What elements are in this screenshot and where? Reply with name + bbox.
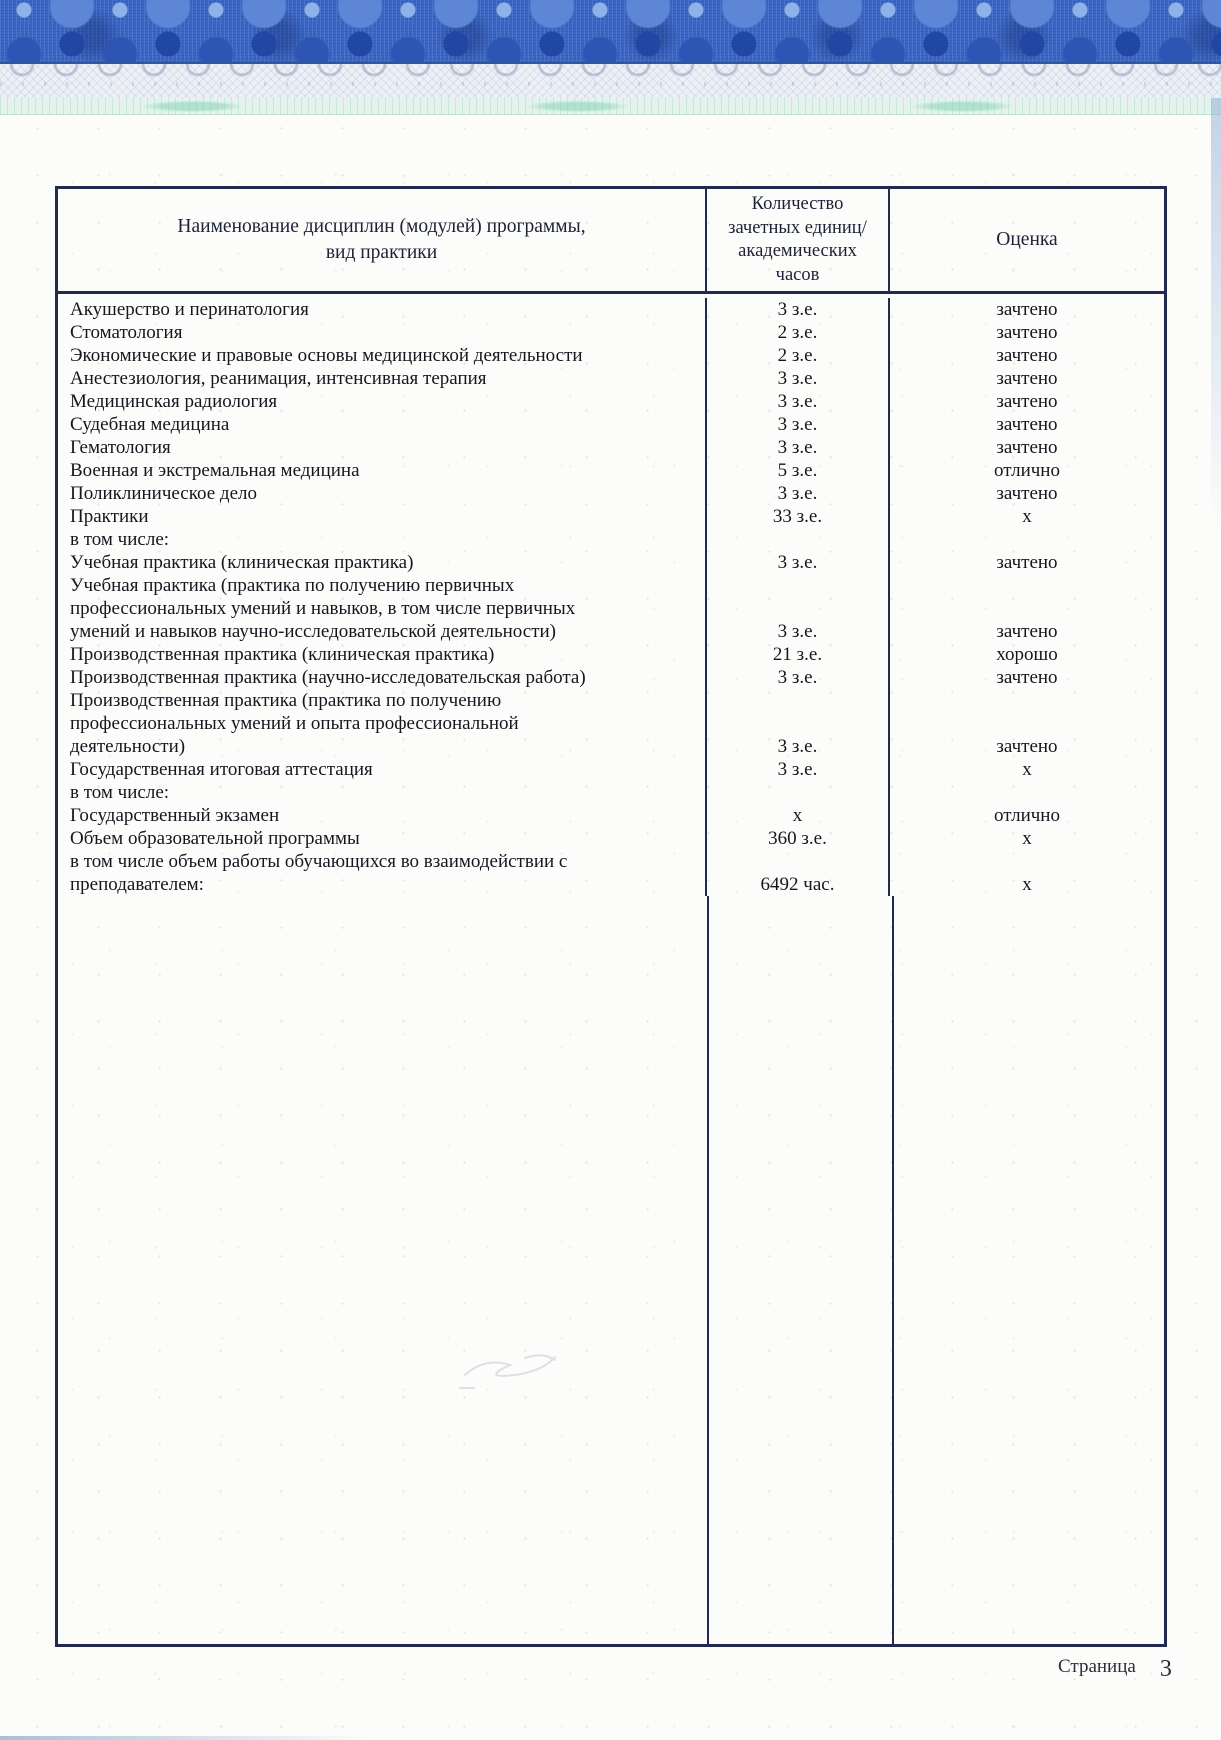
table-row: в том числе объем работы обучающихся во …	[58, 850, 1164, 896]
discipline-name-cell: Производственная практика (практика по п…	[58, 689, 707, 758]
table-row: Судебная медицина 3 з.е. зачтено	[58, 413, 1164, 436]
discipline-name-cell: в том числе объем работы обучающихся во …	[58, 850, 707, 896]
table-row: Стоматология 2 з.е. зачтено	[58, 321, 1164, 344]
table-row: Государственный экзамен х отлично	[58, 804, 1164, 827]
discipline-name-cell: Гематология	[58, 436, 707, 459]
document-page: Наименование дисциплин (модулей) програм…	[0, 0, 1221, 1740]
table-row: Практики 33 з.е. х	[58, 505, 1164, 528]
credits-cell: 3 з.е.	[707, 298, 890, 321]
header-discipline-column: Наименование дисциплин (модулей) програм…	[58, 189, 707, 291]
grade-cell: отлично	[890, 459, 1164, 482]
table-row: в том числе:	[58, 781, 1164, 804]
table-row: Гематология 3 з.е. зачтено	[58, 436, 1164, 459]
credits-cell: 3 з.е.	[707, 758, 890, 781]
credits-cell: 3 з.е.	[707, 413, 890, 436]
discipline-name-cell: Производственная практика (научно-исслед…	[58, 666, 707, 689]
credits-cell: 5 з.е.	[707, 459, 890, 482]
credits-cell: 6492 час.	[707, 850, 890, 896]
table-row: Производственная практика (научно-исслед…	[58, 666, 1164, 689]
table-row: Анестезиология, реанимация, интенсивная …	[58, 367, 1164, 390]
credits-cell: 2 з.е.	[707, 321, 890, 344]
table-row: Производственная практика (практика по п…	[58, 689, 1164, 758]
discipline-name-cell: Экономические и правовые основы медицинс…	[58, 344, 707, 367]
pencil-smudge	[455, 1330, 595, 1400]
grade-cell: зачтено	[890, 390, 1164, 413]
empty-credits-column	[709, 896, 894, 1644]
credits-cell	[707, 528, 890, 551]
discipline-name-cell: Государственная итоговая аттестация	[58, 758, 707, 781]
grade-cell: зачтено	[890, 689, 1164, 758]
grade-cell: зачтено	[890, 413, 1164, 436]
table-row: Экономические и правовые основы медицинс…	[58, 344, 1164, 367]
grade-cell: зачтено	[890, 298, 1164, 321]
credits-cell: 3 з.е.	[707, 436, 890, 459]
credits-cell: 21 з.е.	[707, 643, 890, 666]
credits-cell: 3 з.е.	[707, 689, 890, 758]
empty-discipline-column	[58, 896, 709, 1644]
table-empty-space	[58, 896, 1164, 1644]
guilloche-mint-band	[0, 97, 1221, 115]
discipline-name-cell: Производственная практика (клиническая п…	[58, 643, 707, 666]
credits-cell: 360 з.е.	[707, 827, 890, 850]
footer-page-label: Страница	[1058, 1656, 1136, 1677]
credits-cell: 3 з.е.	[707, 390, 890, 413]
grade-cell: отлично	[890, 804, 1164, 827]
scan-edge-tint-bottom	[0, 1736, 370, 1740]
header-credits-column: Количество зачетных единиц/ академически…	[707, 189, 890, 291]
credits-cell: 33 з.е.	[707, 505, 890, 528]
discipline-name-cell: Поликлиническое дело	[58, 482, 707, 505]
grade-cell	[890, 781, 1164, 804]
scan-edge-tint-right	[1211, 98, 1221, 528]
grade-cell: зачтено	[890, 551, 1164, 574]
discipline-name-cell: Анестезиология, реанимация, интенсивная …	[58, 367, 707, 390]
discipline-name-cell: Учебная практика (практика по получению …	[58, 574, 707, 643]
discipline-name-cell: Учебная практика (клиническая практика)	[58, 551, 707, 574]
grade-cell: х	[890, 850, 1164, 896]
table-row: Учебная практика (практика по получению …	[58, 574, 1164, 643]
credits-cell: 3 з.е.	[707, 574, 890, 643]
guilloche-lace-band	[0, 64, 1221, 97]
credits-cell: 3 з.е.	[707, 666, 890, 689]
grade-cell: х	[890, 505, 1164, 528]
guilloche-blue-band	[0, 0, 1221, 64]
table-row: Военная и экстремальная медицина 5 з.е. …	[58, 459, 1164, 482]
grade-cell: зачтено	[890, 321, 1164, 344]
credits-cell: 2 з.е.	[707, 344, 890, 367]
grade-cell: х	[890, 827, 1164, 850]
table-row: Объем образовательной программы 360 з.е.…	[58, 827, 1164, 850]
grade-cell: хорошо	[890, 643, 1164, 666]
credits-cell: 3 з.е.	[707, 482, 890, 505]
grades-table: Наименование дисциплин (модулей) програм…	[55, 186, 1167, 1647]
discipline-name-cell: Судебная медицина	[58, 413, 707, 436]
grade-cell: зачтено	[890, 482, 1164, 505]
grade-cell: зачтено	[890, 666, 1164, 689]
discipline-name-cell: в том числе:	[58, 781, 707, 804]
grade-cell	[890, 528, 1164, 551]
discipline-name-cell: в том числе:	[58, 528, 707, 551]
page-footer: Страница3	[1058, 1652, 1172, 1679]
grade-cell: зачтено	[890, 436, 1164, 459]
discipline-name-cell: Практики	[58, 505, 707, 528]
table-row: Государственная итоговая аттестация 3 з.…	[58, 758, 1164, 781]
grade-cell: зачтено	[890, 574, 1164, 643]
credits-cell: 3 з.е.	[707, 551, 890, 574]
grade-cell: зачтено	[890, 344, 1164, 367]
table-row: Поликлиническое дело 3 з.е. зачтено	[58, 482, 1164, 505]
table-row: Медицинская радиология 3 з.е. зачтено	[58, 390, 1164, 413]
table-header-row: Наименование дисциплин (модулей) програм…	[58, 189, 1164, 294]
discipline-name-cell: Акушерство и перинатология	[58, 298, 707, 321]
table-body: Акушерство и перинатология 3 з.е. зачтен…	[58, 294, 1164, 896]
discipline-name-cell: Военная и экстремальная медицина	[58, 459, 707, 482]
credits-cell	[707, 781, 890, 804]
grade-cell: х	[890, 758, 1164, 781]
discipline-name-cell: Стоматология	[58, 321, 707, 344]
credits-cell: х	[707, 804, 890, 827]
discipline-name-cell: Объем образовательной программы	[58, 827, 707, 850]
header-grade-column: Оценка	[890, 189, 1164, 291]
table-row: Учебная практика (клиническая практика) …	[58, 551, 1164, 574]
discipline-name-cell: Медицинская радиология	[58, 390, 707, 413]
discipline-name-cell: Государственный экзамен	[58, 804, 707, 827]
table-row: в том числе:	[58, 528, 1164, 551]
footer-page-number: 3	[1160, 1656, 1172, 1682]
credits-cell: 3 з.е.	[707, 367, 890, 390]
empty-grade-column	[894, 896, 1164, 1644]
grade-cell: зачтено	[890, 367, 1164, 390]
table-row: Производственная практика (клиническая п…	[58, 643, 1164, 666]
table-row: Акушерство и перинатология 3 з.е. зачтен…	[58, 298, 1164, 321]
